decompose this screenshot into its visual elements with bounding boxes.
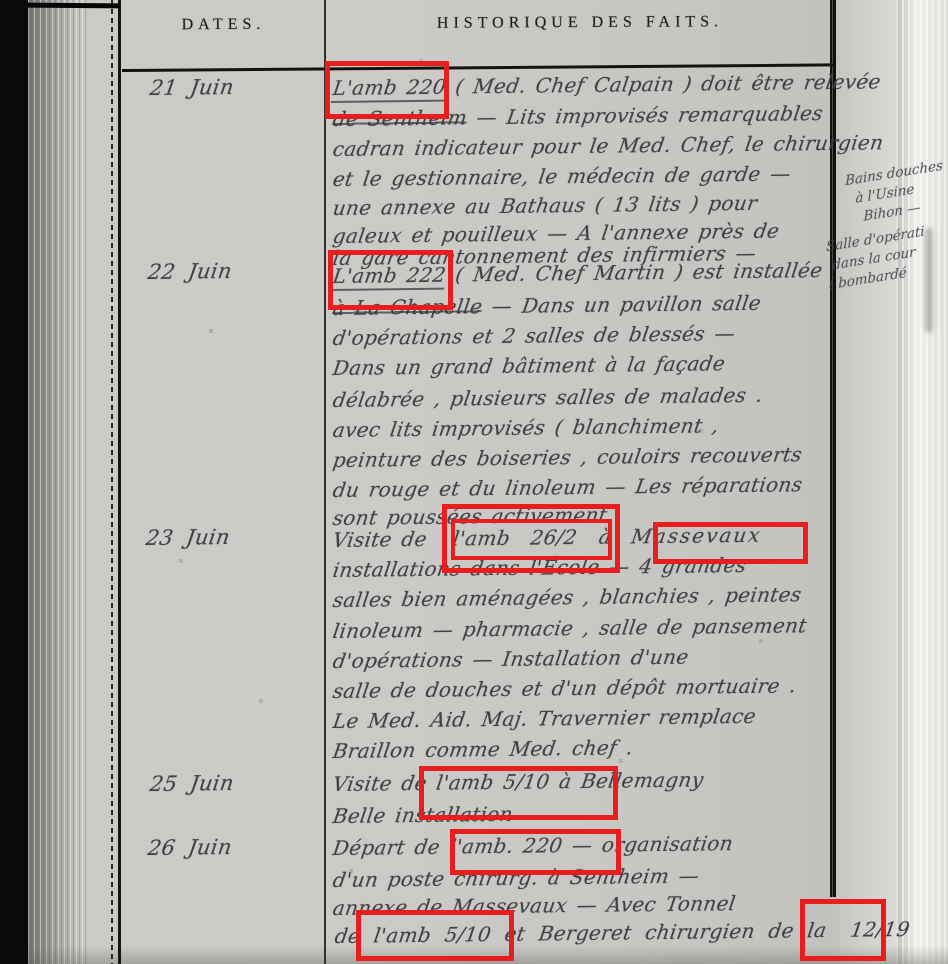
page-left-edge-texture — [28, 0, 86, 964]
entry-date: 25 Juin — [148, 771, 235, 796]
spine-rule — [118, 0, 121, 964]
annotation-box-amb-222 — [328, 250, 453, 310]
entry-line: avec lits improvisés ( blanchiment , — [331, 413, 720, 442]
entry-line: salles bien aménagées , blanchies , pein… — [331, 582, 803, 612]
entry-line: d'opérations et 2 salles de blessés — — [331, 321, 737, 350]
entry-date: 22 Juin — [146, 259, 233, 284]
entry-line: Le Med. Aid. Maj. Travernier remplace — [331, 704, 757, 733]
annotation-box-amb-5-10-bas — [356, 910, 514, 961]
entry-line: peinture des boiseries , couloirs recouv… — [331, 442, 804, 472]
entry-line: et le gestionnaire, le médecin de garde … — [331, 161, 792, 191]
page-right-edge-texture — [896, 0, 948, 964]
entry-date: 21 Juin — [148, 75, 235, 100]
spine-dotted-rule — [111, 0, 113, 964]
entry-line: du rouge et du linoleum — Les réparation… — [331, 472, 804, 502]
annotation-box-amb-5-10-visite — [419, 766, 618, 820]
entry-line: salle de douches et d'un dépôt mortuaire… — [331, 673, 798, 703]
dates-column-separator — [324, 0, 326, 964]
entry-date: 26 Juin — [146, 835, 233, 860]
entry-line: Dans un grand bâtiment à la façade — [331, 351, 727, 380]
entry-line: Braillon comme Med. chef . — [331, 735, 635, 763]
entry-line: délabrée , plusieurs salles de malades . — [331, 383, 764, 412]
entry-line: une annexe au Bathaus ( 13 lits ) pour — [331, 191, 759, 220]
entry-line: d'opérations — Installation d'une — [331, 645, 690, 673]
annotation-box-amb-220-depart — [450, 829, 621, 875]
annotation-box-amb-220 — [325, 61, 449, 119]
scanned-logbook-page: DATES. HISTORIQUE DES FAITS. 21 Juin 22 … — [0, 0, 948, 964]
annotation-box-12-19 — [800, 899, 886, 961]
scan-smudge — [925, 228, 933, 333]
annotation-box-amb-26-2-inner — [451, 519, 612, 560]
historique-column-header: HISTORIQUE DES FAITS. — [335, 13, 825, 34]
entry-line: cadran indicateur pour le Med. Chef, le … — [331, 130, 885, 161]
annotation-box-massevaux — [653, 522, 808, 564]
dates-column-header: DATES. — [122, 15, 325, 34]
entry-line: linoleum — pharmacie , salle de pansemen… — [331, 613, 808, 643]
entry-date: 23 Juin — [144, 525, 231, 550]
top-scan-artifact-line — [28, 3, 120, 9]
paper-speckles — [0, 0, 2, 2]
